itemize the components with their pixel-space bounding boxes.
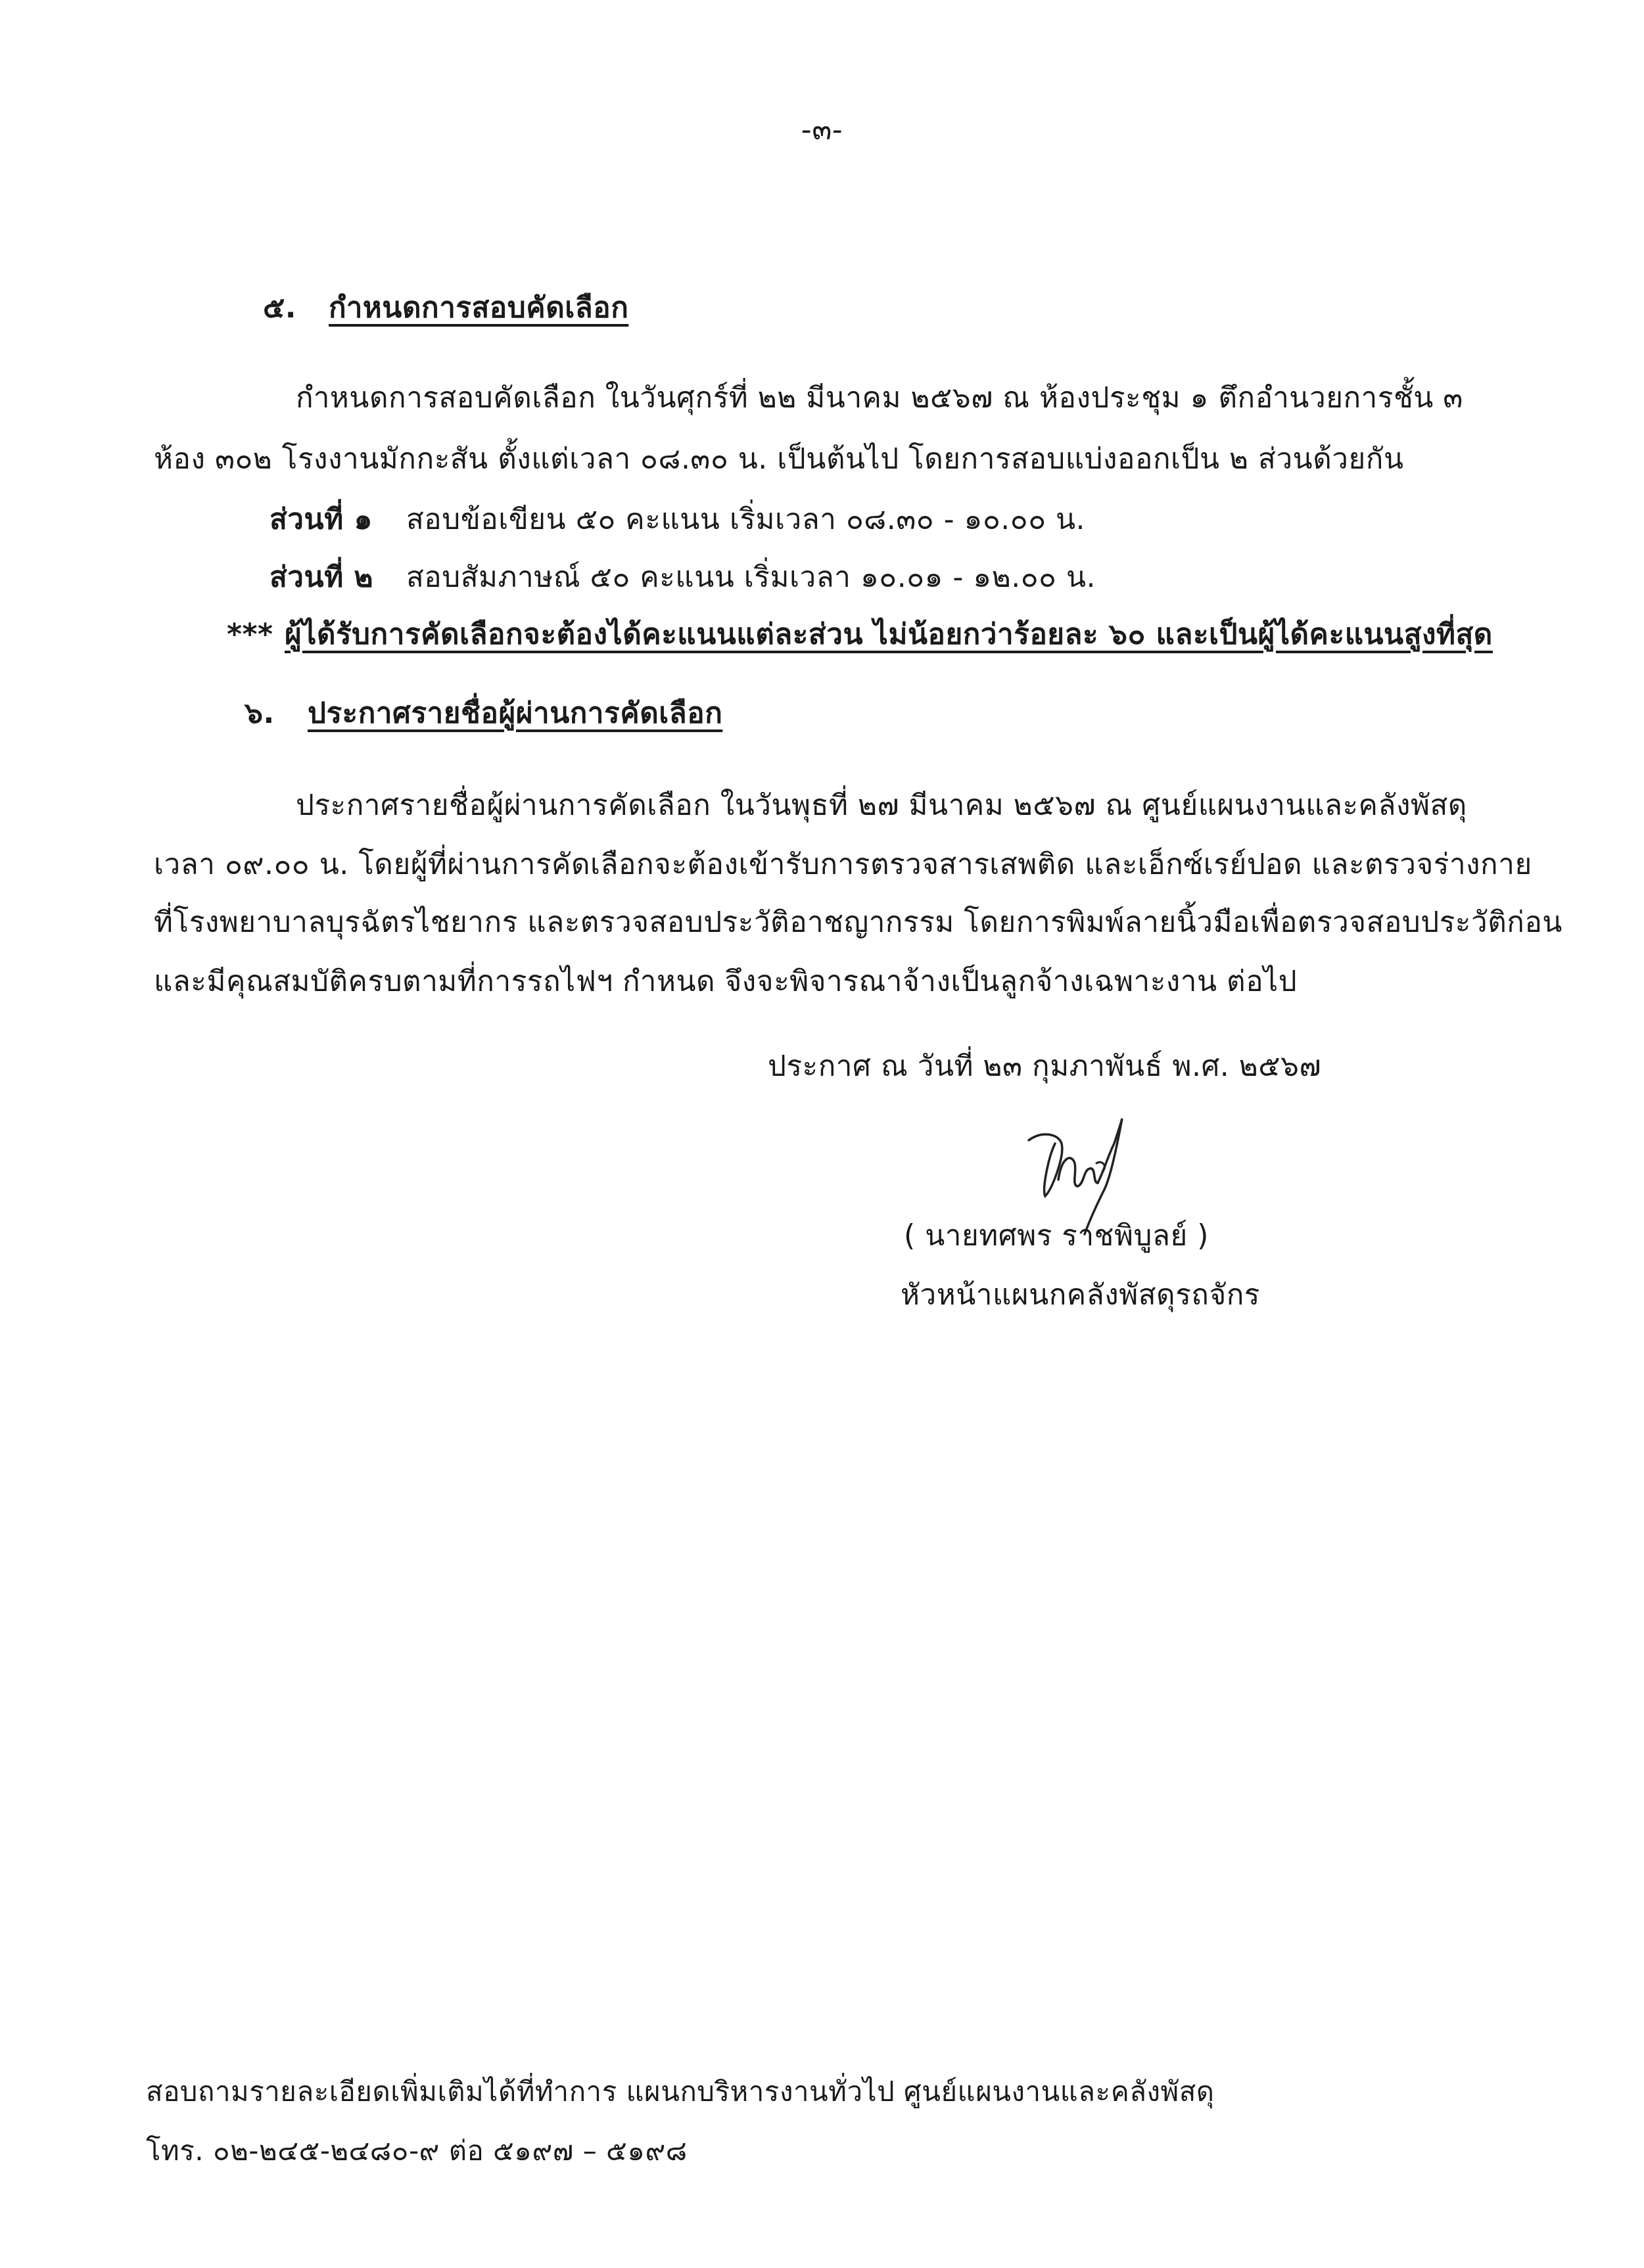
footer-phone: โทร. ๐๒-๒๔๕-๒๔๘๐-๙ ต่อ ๕๑๙๗ – ๕๑๙๘	[146, 2135, 688, 2167]
exam-part-2-text: สอบสัมภาษณ์ ๕๐ คะแนน เริ่มเวลา ๑๐.๐๑ - ๑…	[406, 561, 1096, 595]
section-6-line-4: และมีคุณสมบัติครบตามที่การรถไฟฯ กำหนด จึ…	[154, 965, 1297, 1000]
section-6-title: ประกาศรายชื่อผู้ผ่านการคัดเลือก	[308, 697, 722, 731]
section-6-number: ๖.	[245, 697, 275, 731]
section-5-title: กำหนดการสอบคัดเลือก	[329, 291, 628, 326]
note-asterisks: ***	[227, 618, 273, 653]
section-5-number: ๕.	[263, 291, 296, 326]
section-6-line-3: ที่โรงพยาบาลบุรฉัตรไชยากร และตรวจสอบประว…	[154, 906, 1562, 940]
section-5-paragraph-line-1: กำหนดการสอบคัดเลือก ในวันศุกร์ที่ ๒๒ มีน…	[296, 381, 1463, 416]
footer-contact-info: สอบถามรายละเอียดเพิ่มเติมได้ที่ทำการ แผน…	[146, 2075, 1215, 2108]
signature-icon	[1019, 1117, 1150, 1236]
signer-name: ( นายทศพร ราชพิบูลย์ )	[904, 1219, 1209, 1254]
selection-criteria-note: ผู้ได้รับการคัดเลือกจะต้องได้คะแนนแต่ละส…	[285, 618, 1493, 653]
exam-part-1-text: สอบข้อเขียน ๕๐ คะแนน เริ่มเวลา ๐๘.๓๐ - ๑…	[406, 503, 1085, 538]
page-number: -๓-	[0, 113, 1644, 148]
signer-title: หัวหน้าแผนกคลังพัสดุรถจักร	[901, 1278, 1260, 1313]
announcement-date: ประกาศ ณ วันที่ ๒๓ กุมภาพันธ์ พ.ศ. ๒๕๖๗	[768, 1050, 1321, 1084]
exam-part-2-label: ส่วนที่ ๒	[270, 561, 373, 595]
section-6-line-1: ประกาศรายชื่อผู้ผ่านการคัดเลือก ในวันพุธ…	[296, 789, 1467, 823]
exam-part-1-label: ส่วนที่ ๑	[270, 503, 373, 538]
section-6-line-2: เวลา ๐๙.๐๐ น. โดยผู้ที่ผ่านการคัดเลือกจะ…	[154, 848, 1532, 883]
section-5-paragraph-line-2: ห้อง ๓๐๒ โรงงานมักกะสัน ตั้งแต่เวลา ๐๘.๓…	[154, 442, 1403, 477]
document-page: -๓- ๕. กำหนดการสอบคัดเลือก กำหนดการสอบคั…	[0, 0, 1644, 2268]
